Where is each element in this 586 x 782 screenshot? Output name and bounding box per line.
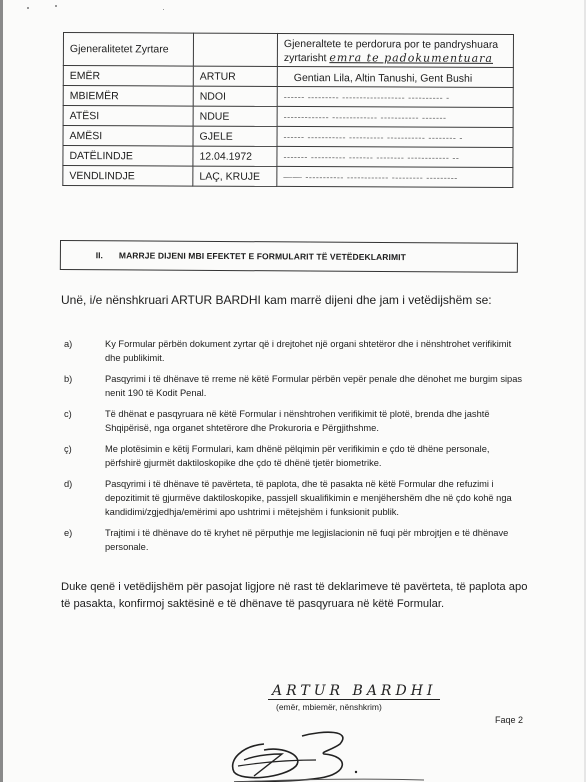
row-other: Gentian Lila, Altin Tanushi, Gent Bushi [277,66,513,87]
item-text: Me plotësimin e këtij Formulari, kam dhë… [105,442,524,470]
list-item: ç)Me plotësimin e këtij Formulari, kam d… [64,442,524,470]
row-other: ------- ---------- ------- -------- ----… [277,146,513,167]
handwritten-note: emra te padokumentuara [329,51,493,65]
row-label: EMËR [63,66,193,87]
table-row: ATËSI NDUE ------------- ------------- -… [63,106,513,128]
item-label: c) [64,407,105,435]
item-text: Pasqyrimi i të dhënave të rreme në këtë … [105,372,524,400]
table-row: VENDLINDJE LAÇ, KRUJE —— ----------- ---… [63,166,513,188]
table-row: AMËSI GJELE ------ ----------- ---------… [63,126,513,148]
item-text: Të dhënat e pasqyruara në këtë Formular … [105,407,524,435]
row-label: AMËSI [63,126,193,147]
list-item: a)Ky Formular përbën dokument zyrtar që … [64,337,524,365]
scan-speck [27,7,29,9]
row-label: DATËLINDJE [63,146,193,167]
row-value: LAÇ, KRUJE [193,166,277,186]
item-label: e) [64,526,105,554]
item-text: Trajtimi i të dhënave do të kryhet në pë… [105,526,524,554]
section-number: II. [61,250,119,260]
item-text: Ky Formular përbën dokument zyrtar që i … [105,337,524,365]
table-header-row: Gjeneralitetet Zyrtare Gjeneraltete te p… [63,33,513,68]
row-other: ------------- ------------- ----------- … [277,106,513,127]
declaration-intro: Unë, i/e nënshkruari ARTUR BARDHI kam ma… [61,293,492,307]
table-row: DATËLINDJE 12.04.1972 ------- ----------… [63,146,513,168]
header-official-generalities: Gjeneralitetet Zyrtare [63,33,193,67]
item-label: b) [64,372,105,400]
row-label: ATËSI [63,106,193,127]
scan-speck [163,9,164,10]
header-used-generalities: Gjeneraltete te perdorura por te pandrys… [277,33,513,67]
item-label: ç) [64,442,105,470]
list-item: c)Të dhënat e pasqyruara në këtë Formula… [64,407,524,435]
table-row: MBIEMËR NDOI ------ --------- ----------… [63,86,513,108]
row-label: VENDLINDJE [63,166,193,187]
section-heading: II. MARRJE DIJENI MBI EFEKTET E FORMULAR… [60,240,518,273]
scan-left-edge [0,0,3,782]
other-names: Gentian Lila, Altin Tanushi, Gent Bushi [284,71,507,84]
row-other: ------ --------- ------------------ ----… [277,86,513,107]
signature-caption: (emër, mbiemër, nënshkrim) [276,702,382,712]
row-value: NDUE [193,106,277,126]
row-label: MBIEMËR [63,86,193,107]
row-value: GJELE [193,126,277,146]
generalities-table: Gjeneralitetet Zyrtare Gjeneraltete te p… [62,32,514,188]
closing-statement: Duke qenë i vetëdijshëm për pasojat ligj… [61,579,531,613]
section-title: MARRJE DIJENI MBI EFEKTET E FORMULARIT T… [119,250,406,262]
handwritten-name: ARTUR BARDHI [268,683,440,700]
table-row: EMËR ARTUR Gentian Lila, Altin Tanushi, … [63,66,513,88]
signature-scribble-icon [224,726,424,782]
declaration-items: a)Ky Formular përbën dokument zyrtar që … [64,337,524,561]
row-other: —— ----------- ------------ --------- --… [277,166,513,187]
list-item: b)Pasqyrimi i të dhënave të rreme në kët… [64,372,524,400]
item-label: d) [64,477,105,519]
row-value: 12.04.1972 [193,146,277,166]
row-value: NDOI [193,86,277,106]
item-text: Pasqyrimi i të dhënave të pavërteta, të … [105,477,524,519]
scan-speck [55,5,57,7]
row-other: ------ ----------- ---------- ----------… [277,126,513,147]
item-label: a) [64,337,105,365]
list-item: d)Pasqyrimi i të dhënave të pavërteta, t… [64,477,524,519]
row-value: ARTUR [193,66,277,86]
list-item: e)Trajtimi i të dhënave do të kryhet në … [64,526,524,554]
header-empty [193,33,277,66]
page-number: Faqe 2 [495,715,523,725]
